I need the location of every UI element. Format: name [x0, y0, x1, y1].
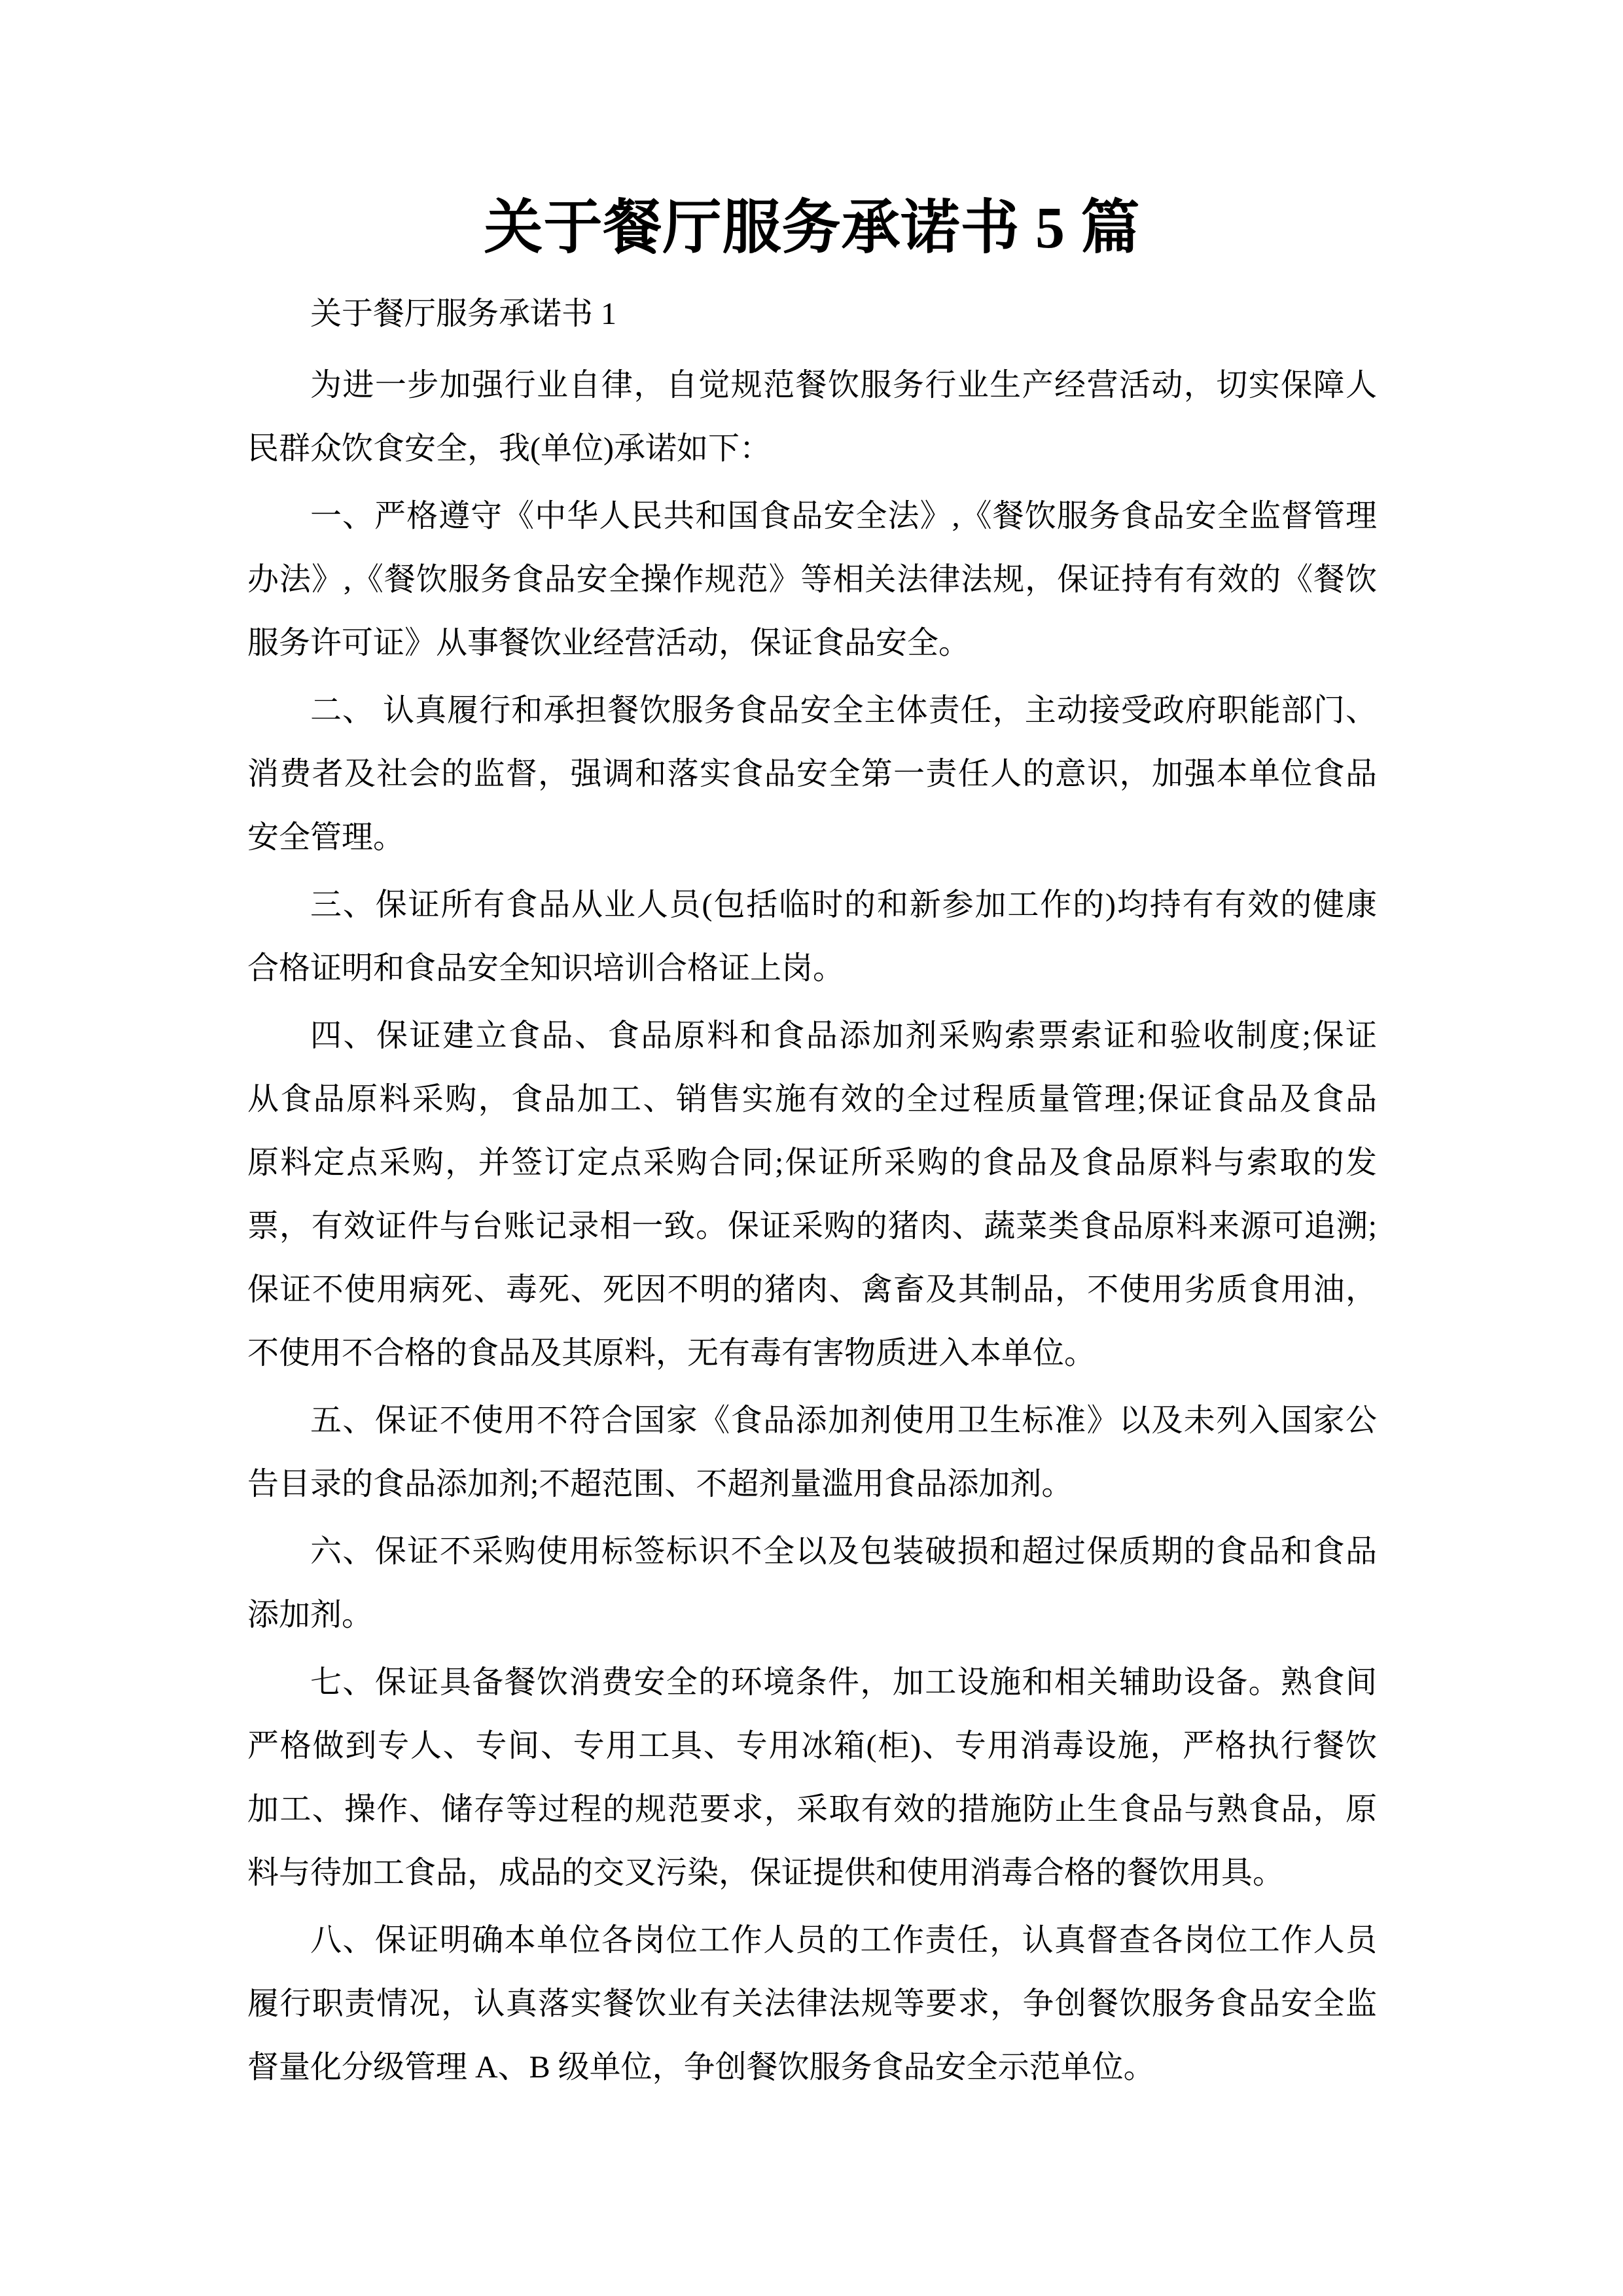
text-line: 安全管理。	[247, 806, 1377, 869]
text-line: 添加剂。	[247, 1583, 1377, 1647]
text-line: 民群众饮食安全，我(单位)承诺如下：	[247, 417, 1377, 480]
text-line: 从食品原料采购，食品加工、销售实施有效的全过程质量管理;保证食品及食品	[247, 1067, 1377, 1131]
text-line: 料与待加工食品，成品的交叉污染，保证提供和使用消毒合格的餐饮用具。	[247, 1841, 1377, 1905]
text-line: 严格做到专人、专间、专用工具、专用冰箱(柜)、专用消毒设施，严格执行餐饮	[247, 1714, 1377, 1778]
text-line: 票，有效证件与台账记录相一致。保证采购的猪肉、蔬菜类食品原料来源可追溯;	[247, 1194, 1377, 1258]
text-line: 告目录的食品添加剂;不超范围、不超剂量滥用食品添加剂。	[247, 1452, 1377, 1516]
text-line: 一、严格遵守《中华人民共和国食品安全法》,《餐饮服务食品安全监督管理	[247, 484, 1377, 548]
text-line: 二、 认真履行和承担餐饮服务食品安全主体责任，主动接受政府职能部门、	[247, 679, 1377, 742]
document-title: 关于餐厅服务承诺书 5 篇	[247, 193, 1377, 264]
text-line: 服务许可证》从事餐饮业经营活动，保证食品安全。	[247, 611, 1377, 675]
text-line: 加工、操作、储存等过程的规范要求，采取有效的措施防止生食品与熟食品，原	[247, 1778, 1377, 1841]
text-line: 履行职责情况，认真落实餐饮业有关法律法规等要求，争创餐饮服务食品安全监	[247, 1972, 1377, 2036]
text-line: 八、保证明确本单位各岗位工作人员的工作责任，认真督查各岗位工作人员	[247, 1909, 1377, 1972]
text-line: 六、保证不采购使用标签标识不全以及包装破损和超过保质期的食品和食品	[247, 1520, 1377, 1583]
text-line: 原料定点采购，并签订定点采购合同;保证所采购的食品及食品原料与索取的发	[247, 1131, 1377, 1194]
text-line: 保证不使用病死、毒死、死因不明的猪肉、禽畜及其制品，不使用劣质食用油，	[247, 1258, 1377, 1321]
text-line: 为进一步加强行业自律，自觉规范餐饮服务行业生产经营活动，切实保障人	[247, 353, 1377, 417]
text-line: 督量化分级管理 A、B 级单位，争创餐饮服务食品安全示范单位。	[247, 2036, 1377, 2099]
text-line: 消费者及社会的监督，强调和落实食品安全第一责任人的意识，加强本单位食品	[247, 742, 1377, 806]
document-subtitle: 关于餐厅服务承诺书 1	[247, 282, 1377, 346]
text-line: 五、保证不使用不符合国家《食品添加剂使用卫生标准》以及未列入国家公	[247, 1389, 1377, 1452]
text-line: 合格证明和食品安全知识培训合格证上岗。	[247, 937, 1377, 1000]
text-line: 不使用不合格的食品及其原料，无有毒有害物质进入本单位。	[247, 1321, 1377, 1385]
text-line: 四、保证建立食品、食品原料和食品添加剂采购索票索证和验收制度;保证	[247, 1004, 1377, 1067]
text-line: 七、保证具备餐饮消费安全的环境条件，加工设施和相关辅助设备。熟食间	[247, 1651, 1377, 1714]
document-body: 为进一步加强行业自律，自觉规范餐饮服务行业生产经营活动，切实保障人 民群众饮食安…	[247, 353, 1377, 2099]
text-line: 三、保证所有食品从业人员(包括临时的和新参加工作的)均持有有效的健康	[247, 873, 1377, 937]
document-page: 关于餐厅服务承诺书 5 篇 关于餐厅服务承诺书 1 为进一步加强行业自律，自觉规…	[0, 0, 1623, 2296]
text-line: 办法》,《餐饮服务食品安全操作规范》等相关法律法规，保证持有有效的《餐饮	[247, 548, 1377, 611]
